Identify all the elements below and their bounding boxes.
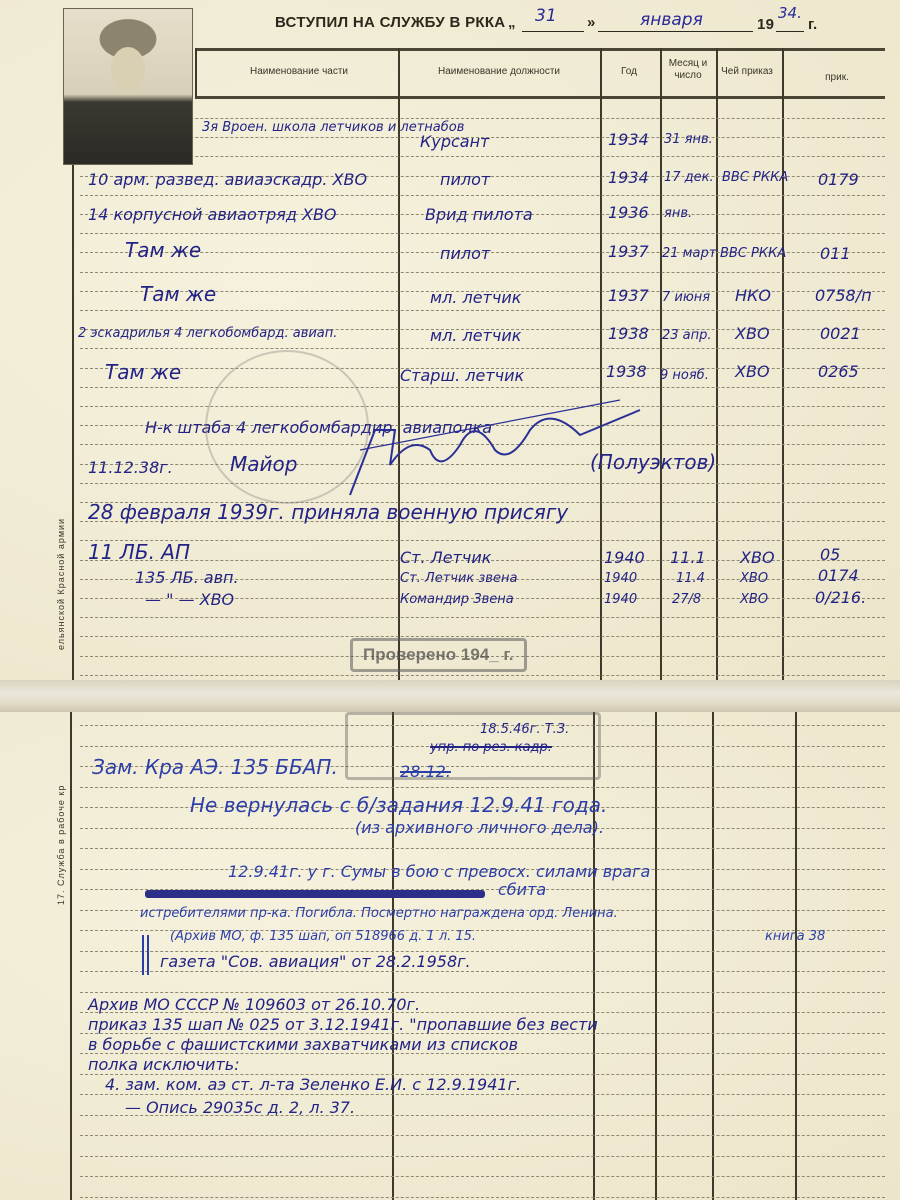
order-line-1: приказ 135 шап № 025 от 3.12.1941г. "про… bbox=[88, 1015, 598, 1034]
row3-date: янв. bbox=[664, 206, 692, 221]
grid-line bbox=[80, 787, 885, 788]
grid-line bbox=[80, 195, 885, 196]
grid-line bbox=[80, 540, 885, 541]
row5-date: 7 июня bbox=[662, 290, 710, 305]
missing-note: Не вернулась с б/задания 12.9.41 года. bbox=[190, 793, 607, 817]
combat-line-1: 12.9.41г. у г. Сумы в бою с превосх. сил… bbox=[228, 862, 650, 881]
grid-line bbox=[712, 712, 714, 1200]
grid-line bbox=[80, 1176, 885, 1177]
grid-line bbox=[660, 48, 662, 680]
col-header-order-by: Чей приказ bbox=[716, 66, 778, 78]
order-line-2: в борьбе с фашистскими захватчиками из с… bbox=[88, 1035, 518, 1054]
archive-ref-1: (Архив МО, ф. 135 шап, оп 518966 д. 1 л.… bbox=[170, 929, 476, 944]
grid-line bbox=[80, 1135, 885, 1136]
checked-stamp: Проверено 194_ г. bbox=[350, 638, 527, 672]
paper-fold bbox=[0, 680, 900, 712]
grid-line bbox=[80, 636, 885, 637]
grid-line bbox=[80, 848, 885, 849]
redacted-text bbox=[145, 890, 485, 898]
day-blank bbox=[522, 31, 584, 32]
row4-order-by: ВВС РККА bbox=[720, 246, 786, 261]
row6-date: 23 апр. bbox=[662, 328, 712, 343]
month-blank bbox=[598, 31, 753, 32]
quote-mark: „ bbox=[508, 14, 516, 31]
side-label-top: ельянской Красной армии bbox=[56, 518, 66, 650]
grid-line bbox=[80, 348, 885, 349]
row10-order-by: ХВО bbox=[740, 592, 768, 607]
row8-order-no: 05 bbox=[820, 545, 840, 564]
row2-unit: 10 арм. развед. авиаэскадр. ХВО bbox=[88, 170, 367, 189]
grid-line bbox=[600, 48, 602, 680]
col-header-unit: Наименование части bbox=[200, 66, 398, 78]
row9-unit: 135 ЛБ. авп. bbox=[135, 568, 239, 587]
grid-line bbox=[593, 712, 595, 1200]
row9-position: Ст. Летчик звена bbox=[400, 571, 517, 586]
year-suffix: 34. bbox=[778, 4, 802, 22]
missing-source: (из архивного личного дела). bbox=[355, 818, 604, 837]
grid-line bbox=[80, 1197, 885, 1198]
row2-order-by: ВВС РККА bbox=[722, 170, 788, 185]
row5-year: 1937 bbox=[608, 286, 649, 305]
row2-order-no: 0179 bbox=[818, 170, 859, 189]
row4-order-no: 011 bbox=[820, 244, 851, 263]
grid-line bbox=[80, 272, 885, 273]
grid-line bbox=[72, 165, 74, 680]
archive-ref-2: Архив МО СССР № 109603 от 26.10.70г. bbox=[88, 995, 420, 1014]
margin-mark bbox=[142, 935, 149, 975]
grid-line bbox=[716, 48, 718, 680]
row5-unit: Там же bbox=[140, 282, 216, 306]
order-line-5: — Опись 29035с д. 2, л. 37. bbox=[125, 1098, 355, 1117]
row6-unit: 2 эскадрилья 4 легкобомбард. авиап. bbox=[78, 326, 337, 341]
row9-year: 1940 bbox=[604, 571, 637, 586]
row2-year: 1934 bbox=[608, 168, 649, 187]
row7-position: Старш. летчик bbox=[400, 366, 524, 385]
row1-position: Курсант bbox=[420, 132, 489, 151]
col-header-order-no: прик. bbox=[782, 72, 892, 84]
page-title: ВСТУПИЛ НА СЛУЖБУ В РККА bbox=[275, 14, 505, 31]
row7-year: 1938 bbox=[606, 362, 647, 381]
row9-date: 11.4 bbox=[676, 571, 705, 586]
grid-line bbox=[80, 992, 885, 993]
grid-line bbox=[80, 310, 885, 311]
row3-unit: 14 корпусной авиаотряд ХВО bbox=[88, 205, 337, 224]
row10-order-no: 0/216. bbox=[815, 588, 866, 607]
row5-position: мл. летчик bbox=[430, 288, 521, 307]
row8-year: 1940 bbox=[604, 548, 645, 567]
year-prefix: 19 bbox=[757, 16, 774, 33]
row7-order-by: ХВО bbox=[735, 362, 770, 381]
row4-unit: Там же bbox=[125, 238, 201, 262]
row4-position: пилот bbox=[440, 244, 490, 263]
grid-line bbox=[80, 156, 885, 157]
row8-unit: 11 ЛБ. АП bbox=[88, 540, 190, 564]
grid-line bbox=[195, 48, 197, 98]
row1-year: 1934 bbox=[608, 130, 649, 149]
col-header-date: Месяц и число bbox=[662, 58, 714, 82]
grid-line bbox=[80, 1156, 885, 1157]
row6-order-by: ХВО bbox=[735, 324, 770, 343]
row2-position: пилот bbox=[440, 170, 490, 189]
row10-unit: — " — ХВО bbox=[145, 590, 234, 609]
grid-line bbox=[80, 675, 885, 676]
row3-year: 1936 bbox=[608, 203, 649, 222]
grid-line bbox=[80, 233, 885, 234]
grid-line bbox=[655, 712, 657, 1200]
row8-position: Ст. Летчик bbox=[400, 548, 491, 567]
combat-line-3: истребителями пр-ка. Погибла. Посмертно … bbox=[140, 906, 618, 921]
archive-ref-1-tail: книга 38 bbox=[765, 929, 825, 944]
certification-date: 11.12.38г. bbox=[88, 458, 173, 477]
grid-line bbox=[80, 617, 885, 618]
grid-line bbox=[782, 48, 784, 680]
combat-line-2: сбита bbox=[498, 880, 546, 899]
row7-unit: Там же bbox=[105, 360, 181, 384]
month-value: января bbox=[640, 10, 703, 30]
row6-position: мл. летчик bbox=[430, 326, 521, 345]
row7-date: 9 нояб. bbox=[660, 368, 709, 383]
col-header-year: Год bbox=[600, 66, 658, 78]
row8-order-by: ХВО bbox=[740, 548, 775, 567]
year-blank bbox=[776, 31, 804, 32]
row5-order-no: 0758/п bbox=[815, 286, 872, 305]
grid-line bbox=[70, 712, 72, 1200]
signature bbox=[320, 395, 660, 505]
row5-order-by: НКО bbox=[735, 286, 771, 305]
row10-position: Командир Звена bbox=[400, 592, 514, 607]
row10-date: 27/8 bbox=[672, 592, 701, 607]
grid-line bbox=[795, 712, 797, 1200]
faded-stamp bbox=[345, 712, 601, 780]
portrait-photo bbox=[63, 8, 193, 165]
row9-order-no: 0174 bbox=[818, 566, 859, 585]
deputy-commander: Зам. Кра АЭ. 135 ББАП. bbox=[92, 755, 338, 779]
row4-date: 21 март bbox=[662, 246, 716, 261]
row8-date: 11.1 bbox=[670, 548, 706, 567]
row4-year: 1937 bbox=[608, 242, 649, 261]
row3-position: Врид пилота bbox=[425, 205, 533, 224]
order-line-4: 4. зам. ком. аэ ст. л-та Зеленко Е.И. с … bbox=[105, 1075, 521, 1094]
grid-line bbox=[80, 118, 885, 119]
row2-date: 17 дек. bbox=[664, 170, 714, 185]
row6-order-no: 0021 bbox=[820, 324, 861, 343]
year-unit: г. bbox=[808, 16, 818, 33]
row1-date: 31 янв. bbox=[664, 132, 713, 147]
row6-year: 1938 bbox=[608, 324, 649, 343]
day-value: 31 bbox=[535, 6, 557, 26]
newspaper-ref: газета "Сов. авиация" от 28.2.1958г. bbox=[160, 952, 471, 971]
dash-mark: » bbox=[587, 14, 596, 31]
col-header-position: Наименование должности bbox=[400, 66, 598, 78]
row9-order-by: ХВО bbox=[740, 571, 768, 586]
grid-line bbox=[80, 1094, 885, 1095]
grid-line bbox=[80, 387, 885, 388]
side-label-bottom: 17. Служба в рабоче кр bbox=[56, 785, 66, 905]
order-line-3: полка исключить: bbox=[88, 1055, 240, 1074]
row7-order-no: 0265 bbox=[818, 362, 859, 381]
grid-line bbox=[80, 971, 885, 972]
row10-year: 1940 bbox=[604, 592, 637, 607]
